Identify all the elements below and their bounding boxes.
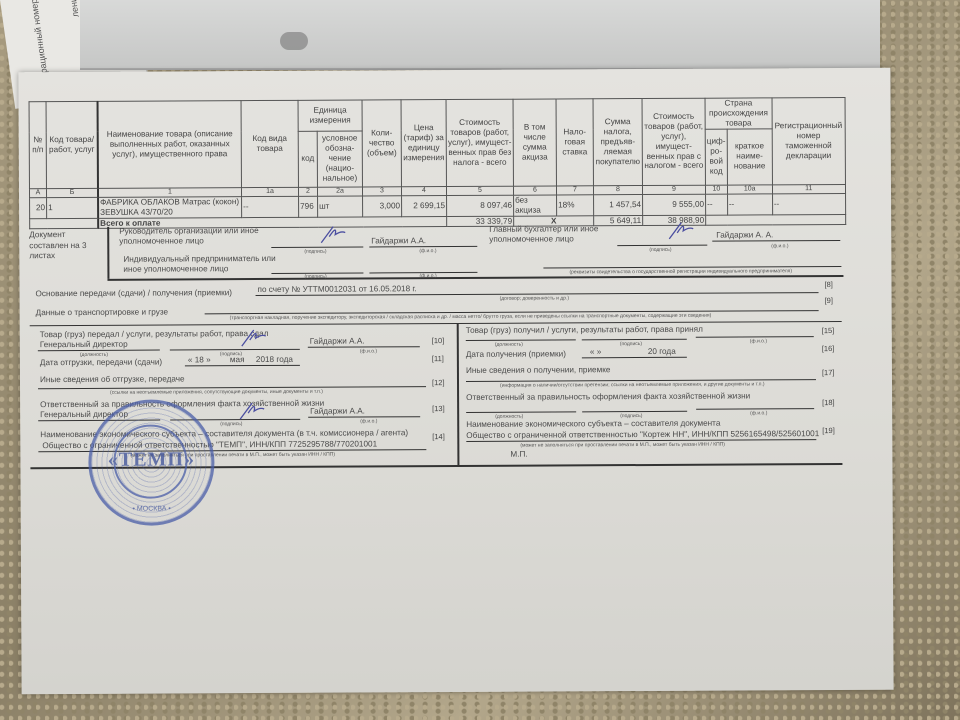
stamp-city: • МОСКВА •	[92, 505, 212, 513]
col-index: 11	[772, 184, 845, 194]
caption: (реквизиты свидетельства о государственн…	[569, 268, 792, 275]
cell-code: 1	[47, 197, 99, 218]
cell-tax-sum: 1 457,54	[594, 194, 643, 215]
cell-tax-rate: 18%	[557, 195, 594, 216]
cell-price: 2 699,15	[402, 195, 447, 216]
caption: (договор; доверенность и др.)	[500, 295, 569, 301]
cell-country-code: --	[706, 194, 728, 215]
divider	[457, 323, 460, 465]
col-index: 1а	[241, 187, 298, 197]
caption: (транспортная накладная, поручение экспе…	[230, 313, 712, 322]
goods-table: № п/п Код товара/ работ, услуг Наименова…	[29, 97, 846, 230]
receive-year[interactable]: 20 года	[648, 347, 676, 356]
cell-unit-symbol: шт	[318, 196, 363, 217]
transport-label: Данные о транспортировке и грузе	[36, 308, 168, 318]
sender-position: Генеральный директор	[40, 340, 128, 349]
caption: (подпись)	[649, 247, 671, 253]
caption: (подпись)	[304, 274, 326, 280]
cell-country-name: --	[727, 194, 772, 215]
th-country: Страна происхождения товара	[705, 98, 772, 129]
col-index: 8	[593, 185, 642, 195]
caption: (может не заполняться при проставлении п…	[520, 442, 725, 449]
caption: (подпись)	[620, 341, 642, 347]
field-number: [11]	[432, 354, 444, 363]
caption: (ф.и.о.)	[771, 243, 788, 249]
field-number: [12]	[432, 378, 445, 387]
th-type-code: Код вида товара	[241, 100, 298, 187]
chief-accountant-label: Главный бухгалтер или иное уполномоченно…	[489, 224, 649, 245]
th-code: Код товара/ работ, услуг	[46, 101, 98, 188]
th-cost-no-tax: Стоимость товаров (работ, услуг), имущес…	[446, 99, 513, 186]
col-index: 2	[298, 187, 317, 196]
col-index: 7	[556, 185, 593, 195]
company-stamp: «ТЕМП» • МОСКВА •	[88, 399, 215, 526]
basis-label: Основание передачи (сдачи) / получения (…	[36, 288, 233, 298]
caption: (информация о наличии/отсутствии претенз…	[500, 381, 765, 388]
th-qty: Коли-чество (объем)	[362, 100, 401, 187]
chief-accountant-name: Гайдаржи А. А.	[716, 230, 773, 239]
head-name: Гайдаржи А.А.	[371, 236, 426, 245]
divider	[30, 321, 842, 326]
signature-icon	[240, 326, 270, 348]
sender-responsible-name: Гайдаржи А.А.	[310, 406, 365, 415]
transferred-label: Товар (груз) передал / услуги, результат…	[40, 329, 269, 339]
sender-name: Гайдаржи А.А.	[310, 336, 365, 345]
ship-year: 2018 года	[256, 355, 293, 364]
basis-value: по счету № УТТМ0012031 от 16.05.2018 г.	[257, 284, 416, 294]
cell-excise: без акциза	[514, 195, 557, 216]
cell-empty	[706, 214, 846, 226]
col-index: 5	[446, 186, 513, 196]
col-index: А	[29, 188, 46, 197]
col-index: 2а	[317, 187, 362, 197]
cell-no: 20	[30, 198, 47, 219]
caption: (ф.и.о.)	[419, 273, 436, 279]
stamp-name: «ТЕМП»	[91, 448, 211, 472]
cell-empty	[30, 218, 99, 229]
caption: (ф.и.о.)	[360, 348, 377, 354]
ship-date-line	[185, 365, 300, 367]
cell-type-code: --	[242, 196, 299, 217]
plastic-sleeve	[80, 0, 880, 70]
caption: (ф.и.о.)	[360, 418, 377, 424]
received-label: Товар (груз) получил / услуги, результат…	[466, 325, 703, 335]
signature-icon	[319, 223, 349, 245]
field-number: [13]	[432, 404, 445, 413]
col-index: 4	[401, 186, 446, 196]
ship-month: мая	[230, 355, 245, 364]
th-cost-with-tax: Стоимость товаров (работ, услуг), имущес…	[642, 98, 705, 185]
seal-place-label: М.П.	[510, 450, 527, 459]
divider	[107, 227, 109, 279]
cell-unit-code: 796	[299, 196, 318, 217]
th-unit-code: код	[298, 131, 317, 187]
th-unit: Единица измерения	[298, 100, 362, 131]
field-number: [18]	[822, 398, 835, 407]
col-index: 9	[642, 185, 705, 195]
field-number: [9]	[825, 296, 833, 305]
background-sheet-text: ления	[67, 0, 80, 18]
receiver-entity-label: Наименование экономического субъекта – с…	[466, 419, 720, 429]
cell-name: ФАБРИКА ОБЛАКОВ Матрас (кокон) ЗЕВУШКА 4…	[98, 197, 242, 218]
field-number: [10]	[432, 336, 445, 345]
caption: (должность)	[495, 342, 523, 348]
th-unit-symbol: условное обозна-чение (нацио-нальное)	[317, 131, 362, 187]
col-index: Б	[46, 188, 98, 198]
doc-sheets-note: Документ составлен на 3 листах	[29, 230, 99, 262]
col-index: 3	[362, 186, 401, 196]
caption: (ссылки на неотъемлемые приложения, сопу…	[110, 389, 323, 396]
col-index: 10а	[727, 184, 772, 194]
receive-date-line	[582, 357, 687, 359]
th-price: Цена (тариф) за единицу измерения	[401, 100, 446, 187]
signature-icon	[667, 219, 697, 241]
cell-customs: --	[772, 193, 845, 214]
caption: (ф.и.о.)	[750, 410, 767, 416]
ship-day: « 18 »	[188, 355, 211, 364]
th-name: Наименование товара (описание выполненны…	[98, 101, 242, 188]
document-page: № п/п Код товара/ работ, услуг Наименова…	[18, 68, 893, 695]
receiver-responsible-label: Ответственный за правильность оформления…	[466, 391, 750, 401]
caption: (ф.и.о.)	[419, 248, 436, 254]
th-tax-rate: Нало-говая ставка	[556, 99, 593, 186]
divider	[107, 275, 843, 281]
head-label: Руководитель организации или иное уполно…	[119, 226, 279, 247]
th-country-name: краткое наиме-нование	[727, 128, 772, 184]
field-number: [16]	[822, 344, 835, 353]
ship-other-label: Иные сведения об отгрузке, передаче	[40, 374, 185, 384]
receive-other-label: Иные сведения о получении, приемке	[466, 365, 611, 375]
ship-date-label: Дата отгрузки, передачи (сдачи)	[40, 358, 162, 368]
col-index: 10	[705, 185, 727, 195]
th-customs: Регистрационный номер таможенной деклара…	[772, 97, 845, 184]
field-number: [15]	[822, 326, 835, 335]
field-number: [19]	[822, 426, 835, 435]
cell-cost-no-tax: 8 097,46	[447, 195, 514, 216]
ip-label: Индивидуальный предприниматель или иное …	[123, 254, 283, 275]
th-country-code: циф-ро-вой код	[705, 129, 727, 185]
cell-qty: 3,000	[363, 196, 402, 217]
th-no: № п/п	[29, 102, 46, 189]
caption: (подпись)	[220, 421, 242, 427]
field-number: [14]	[432, 432, 445, 441]
signature-icon	[238, 399, 268, 421]
punch-hole	[280, 32, 308, 50]
field-number: [17]	[822, 368, 835, 377]
th-excise: В том числе сумма акциза	[513, 99, 556, 186]
accountant-fio-line	[712, 240, 840, 242]
caption: (ф.и.о.)	[750, 338, 767, 344]
caption: (подпись)	[304, 249, 326, 255]
receiver-entity-value: Общество с ограниченной ответственностью…	[466, 429, 819, 440]
receive-day[interactable]: « »	[590, 347, 601, 356]
receive-date-label: Дата получения (приемки)	[466, 349, 566, 359]
col-index: 6	[513, 186, 556, 196]
field-number: [8]	[824, 280, 832, 289]
cell-cost-with-tax: 9 555,00	[643, 194, 706, 215]
th-tax-sum: Сумма налога, предъяв-ляемая покупателю	[593, 99, 642, 186]
